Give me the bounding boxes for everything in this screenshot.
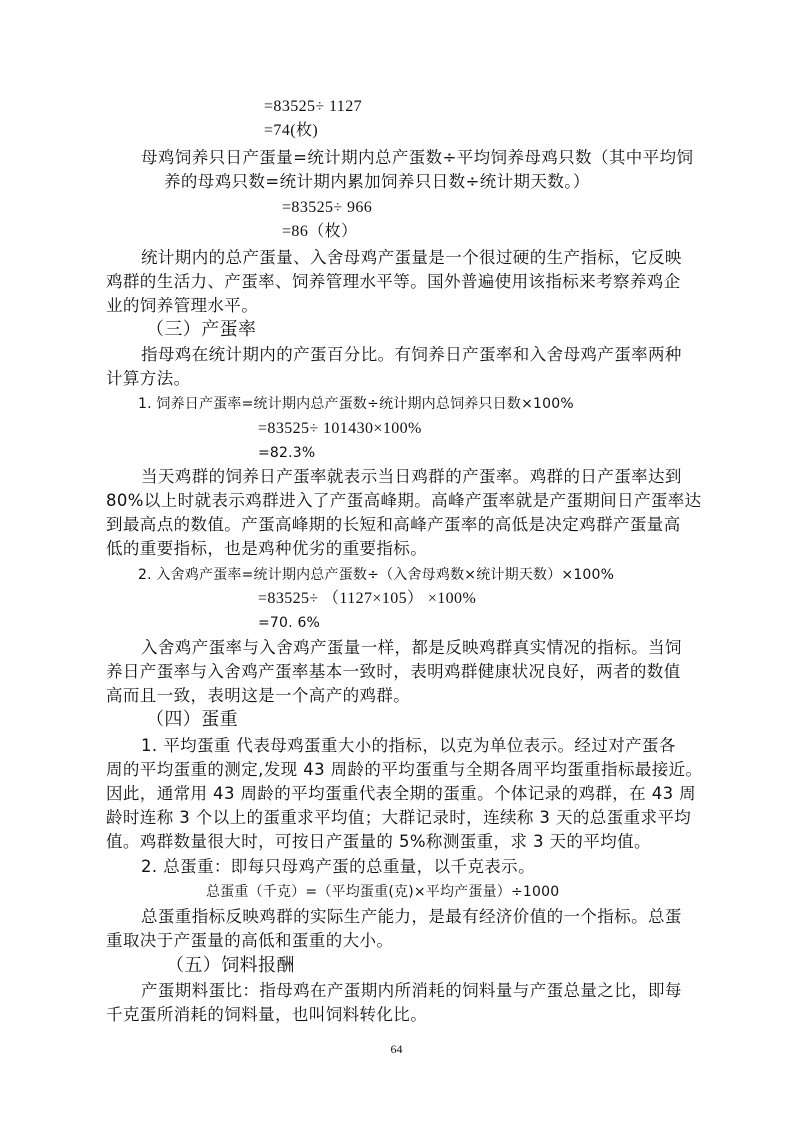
paragraph-line: 入舍鸡产蛋率与入舍鸡产蛋量一样，都是反映鸡群真实情况的指标。当饲 bbox=[141, 637, 682, 659]
formula-line: =83525÷ 1127 bbox=[264, 96, 362, 118]
section-heading: （五）饲料报酬 bbox=[166, 955, 295, 977]
formula-result: =86（枚） bbox=[282, 221, 357, 243]
formula-result: =74(枚) bbox=[264, 120, 318, 142]
document-page: =83525÷ 1127 =74(枚) 母鸡饲养只日产蛋量=统计期内总产蛋数÷平… bbox=[0, 0, 793, 1122]
page-number: 64 bbox=[0, 1042, 793, 1057]
method-formula: 2. 入舍鸡产蛋率=统计期内总产蛋数÷（入舍母鸡数×统计期天数）×100% bbox=[138, 564, 614, 586]
paragraph-line: 80%以上时就表示鸡群进入了产蛋高峰期。高峰产蛋率就是产蛋期间日产蛋率达 bbox=[106, 490, 702, 512]
paragraph-line: 指母鸡在统计期内的产蛋百分比。有饲养日产蛋率和入舍母鸡产蛋率两种 bbox=[141, 344, 682, 366]
paragraph-line: 值。鸡群数量很大时，可按日产蛋量的 5%称测蛋重，求 3 天的平均值。 bbox=[106, 831, 651, 853]
definition-line: 养的母鸡只数=统计期内累加饲养只日数÷统计期天数。） bbox=[164, 171, 590, 193]
formula-result: =70. 6% bbox=[258, 612, 320, 634]
definition-line: 母鸡饲养只日产蛋量=统计期内总产蛋数÷平均饲养母鸡只数（其中平均饲 bbox=[141, 147, 693, 169]
paragraph-line: 因此，通常用 43 周龄的平均蛋重代表全期的蛋重。个体记录的鸡群，在 43 周 bbox=[106, 783, 696, 805]
paragraph-line: 重取决于产蛋量的高低和蛋重的大小。 bbox=[106, 930, 393, 952]
paragraph-line: 养日产蛋率与入舍鸡产蛋率基本一致时，表明鸡群健康状况良好，两者的数值 bbox=[106, 661, 681, 683]
paragraph-line: 到最高点的数值。产蛋高峰期的长短和高峰产蛋率的高低是决定鸡群产蛋量高 bbox=[106, 514, 681, 536]
paragraph-line: 计算方法。 bbox=[106, 368, 191, 390]
formula-line: =83525÷ 101430×100% bbox=[258, 418, 422, 440]
formula-result: =82.3% bbox=[258, 442, 315, 464]
paragraph-line: 低的重要指标，也是鸡种优劣的重要指标。 bbox=[106, 538, 427, 560]
paragraph-line: 1. 平均蛋重 代表母鸡蛋重大小的指标，以克为单位表示。经过对产蛋各 bbox=[141, 735, 676, 757]
paragraph-line: 2. 总蛋重：即每只母鸡产蛋的总重量，以千克表示。 bbox=[141, 856, 535, 878]
paragraph-line: 总蛋重指标反映鸡群的实际生产能力，是最有经济价值的一个指标。总蛋 bbox=[141, 906, 682, 928]
section-heading: （四）蛋重 bbox=[146, 709, 238, 731]
paragraph-line: 周的平均蛋重的测定,发现 43 周龄的平均蛋重与全期各周平均蛋重指标最接近。 bbox=[106, 759, 702, 781]
paragraph-line: 高而且一致，表明这是一个高产的鸡群。 bbox=[106, 685, 410, 707]
paragraph-line: 业的饲养管理水平。 bbox=[106, 295, 258, 317]
paragraph-line: 统计期内的总产蛋量、入舍母鸡产蛋量是一个很过硬的生产指标，它反映 bbox=[141, 247, 682, 269]
paragraph-line: 鸡群的生活力、产蛋率、饲养管理水平等。国外普遍使用该指标来考察养鸡企 bbox=[106, 271, 681, 293]
section-heading: （三）产蛋率 bbox=[146, 319, 256, 341]
formula-line: =83525÷ （1127×105） ×100% bbox=[258, 588, 476, 610]
paragraph-line: 产蛋期料蛋比：指母鸡在产蛋期内所消耗的饲料量与产蛋总量之比，即每 bbox=[141, 980, 682, 1002]
formula-line: 总蛋重（千克）=（平均蛋重(克)×平均产蛋量）÷1000 bbox=[206, 881, 559, 903]
method-formula: 1. 饲养日产蛋率=统计期内总产蛋数÷统计期内总饲养只日数×100% bbox=[138, 393, 574, 415]
paragraph-line: 龄时连称 3 个以上的蛋重求平均值；大群记录时，连续称 3 天的总蛋重求平均 bbox=[106, 807, 691, 829]
formula-line: =83525÷ 966 bbox=[282, 197, 372, 219]
paragraph-line: 当天鸡群的饲养日产蛋率就表示当日鸡群的产蛋率。鸡群的日产蛋率达到 bbox=[141, 466, 682, 488]
paragraph-line: 千克蛋所消耗的饲料量，也叫饲料转化比。 bbox=[106, 1004, 427, 1026]
